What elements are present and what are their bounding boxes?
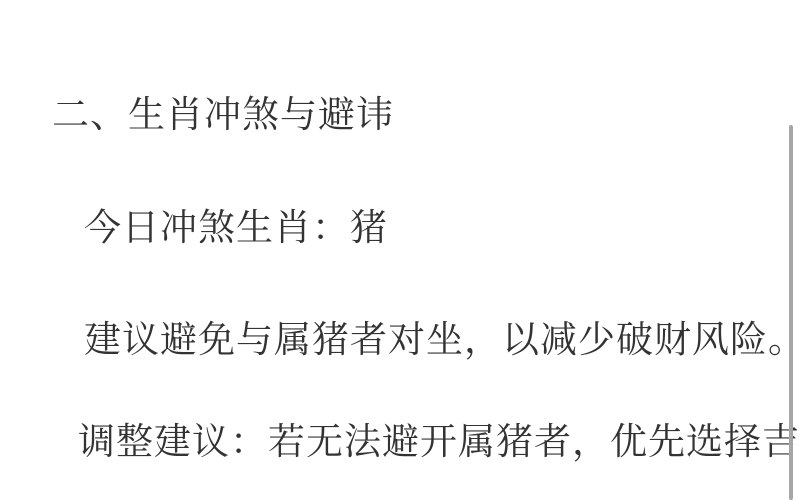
section-heading: 二、生肖冲煞与避讳 — [52, 93, 394, 137]
avoid-advice-line: 建议避免与属猪者对坐，以减少破财风险。 — [84, 318, 800, 362]
vertical-scrollbar[interactable] — [789, 125, 793, 500]
adjust-advice-line: 调整建议：若无法避开属猪者，优先选择吉时 — [78, 420, 800, 464]
clash-zodiac-line: 今日冲煞生肖：猪 — [84, 206, 388, 250]
